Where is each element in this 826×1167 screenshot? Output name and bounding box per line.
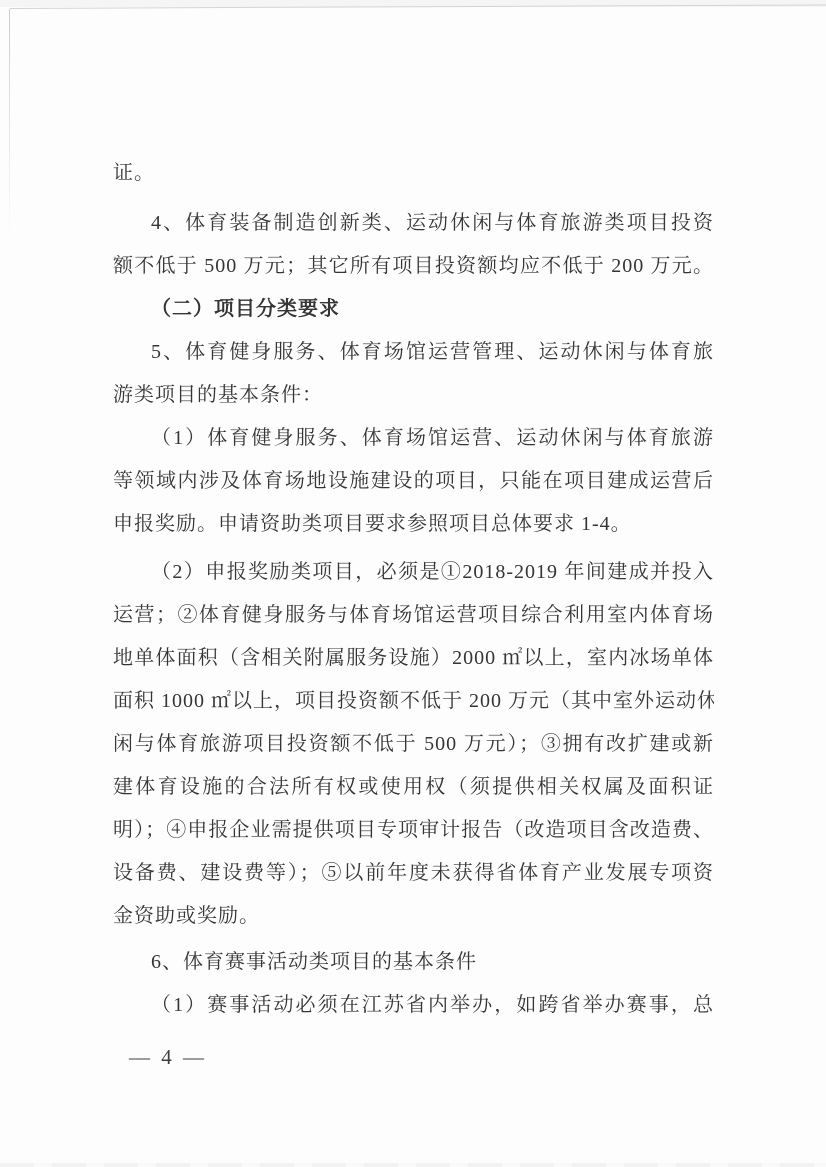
text-line: 运营；②体育健身服务与体育场馆运营项目综合利用室内体育场 <box>113 594 714 637</box>
text-line: 设备费、建设费等）；⑤以前年度未获得省体育产业发展专项资 <box>113 852 714 895</box>
text-line: 等领域内涉及体育场地设施建设的项目，只能在项目建成运营后 <box>113 460 714 503</box>
text-line: 金资助或奖励。 <box>113 895 714 938</box>
text-line: 面积 1000 ㎡以上，项目投资额不低于 200 万元（其中室外运动休 <box>113 680 714 723</box>
text-line: 4、体育装备制造创新类、运动休闲与体育旅游类项目投资 <box>113 202 714 245</box>
text-line: 证。 <box>113 152 714 195</box>
text-line: 申报奖励。申请资助类项目要求参照项目总体要求 1-4。 <box>113 503 714 546</box>
document-body: 证。 4、体育装备制造创新类、运动休闲与体育旅游类项目投资 额不低于 500 万… <box>113 152 714 1027</box>
text-line: （1）体育健身服务、体育场馆运营、运动休闲与体育旅游 <box>113 417 714 460</box>
text-line: 闲与体育旅游项目投资额不低于 500 万元）；③拥有改扩建或新 <box>113 723 714 766</box>
scan-edge-bottom <box>0 1163 826 1167</box>
text-line: （2）申报奖励类项目，必须是①2018-2019 年间建成并投入 <box>113 551 714 594</box>
text-line: 额不低于 500 万元；其它所有项目投资额均应不低于 200 万元。 <box>113 245 714 288</box>
page-number: — 4 — <box>129 1040 207 1074</box>
text-line: 游类项目的基本条件： <box>113 374 714 417</box>
section-heading: 6、体育赛事活动类项目的基本条件 <box>113 941 714 984</box>
text-line: 建体育设施的合法所有权或使用权（须提供相关权属及面积证 <box>113 766 714 809</box>
text-line: （1）赛事活动必须在江苏省内举办，如跨省举办赛事，总 <box>113 984 714 1027</box>
document-page: 证。 4、体育装备制造创新类、运动休闲与体育旅游类项目投资 额不低于 500 万… <box>0 0 826 1167</box>
scan-edge-left-line <box>9 9 10 239</box>
text-line: 明）；④申报企业需提供项目专项审计报告（改造项目含改造费、 <box>113 809 714 852</box>
text-line: 5、体育健身服务、体育场馆运营管理、运动休闲与体育旅 <box>113 331 714 374</box>
section-heading: （二）项目分类要求 <box>113 288 714 331</box>
text-line: 地单体面积（含相关附属服务设施）2000 ㎡以上，室内冰场单体 <box>113 637 714 680</box>
